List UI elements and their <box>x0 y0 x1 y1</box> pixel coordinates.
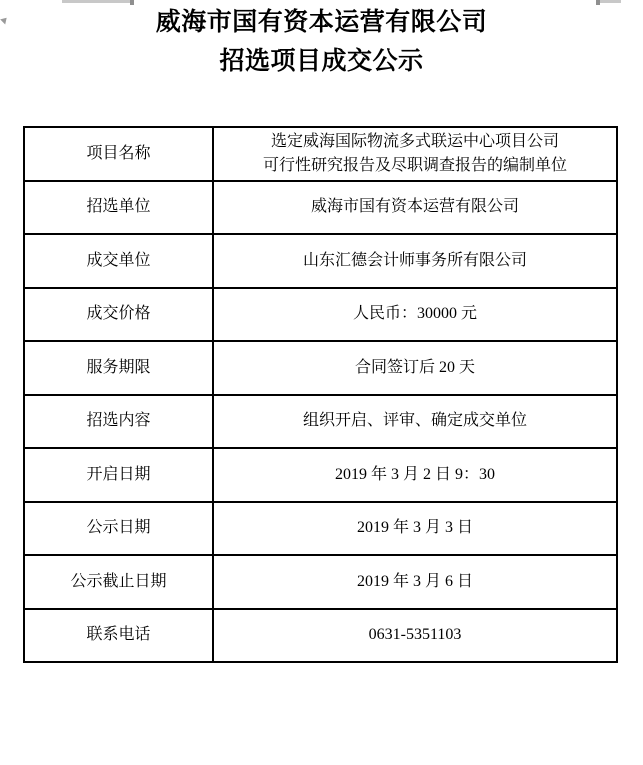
row-value: 2019 年 3 月 2 日 9：30 <box>213 448 617 502</box>
row-value: 威海市国有资本运营有限公司 <box>213 181 617 235</box>
row-value: 0631-5351103 <box>213 609 617 663</box>
row-label: 成交单位 <box>24 234 213 288</box>
row-label: 联系电话 <box>24 609 213 663</box>
row-label: 项目名称 <box>24 127 213 181</box>
row-value: 选定威海国际物流多式联运中心项目公司 可行性研究报告及尽职调查报告的编制单位 <box>213 127 617 181</box>
row-label: 公示日期 <box>24 502 213 556</box>
row-label: 招选内容 <box>24 395 213 449</box>
table-row-selecting-unit: 招选单位 威海市国有资本运营有限公司 <box>24 181 617 235</box>
table-row-selection-content: 招选内容 组织开启、评审、确定成交单位 <box>24 395 617 449</box>
table-row-project-name: 项目名称 选定威海国际物流多式联运中心项目公司 可行性研究报告及尽职调查报告的编… <box>24 127 617 181</box>
document-title-line1: 威海市国有资本运营有限公司 <box>0 3 643 42</box>
row-value: 人民币：30000 元 <box>213 288 617 342</box>
row-value: 2019 年 3 月 6 日 <box>213 555 617 609</box>
table-row-announcement-deadline: 公示截止日期 2019 年 3 月 6 日 <box>24 555 617 609</box>
table-row-service-period: 服务期限 合同签订后 20 天 <box>24 341 617 395</box>
scrollbar-fragment-left <box>62 0 134 3</box>
table-row-winning-unit: 成交单位 山东汇德会计师事务所有限公司 <box>24 234 617 288</box>
announcement-table: 项目名称 选定威海国际物流多式联运中心项目公司 可行性研究报告及尽职调查报告的编… <box>23 126 618 663</box>
table-row-opening-date: 开启日期 2019 年 3 月 2 日 9：30 <box>24 448 617 502</box>
table-row-announcement-date: 公示日期 2019 年 3 月 3 日 <box>24 502 617 556</box>
row-label: 成交价格 <box>24 288 213 342</box>
document-title: 威海市国有资本运营有限公司 招选项目成交公示 <box>0 3 643 81</box>
scrollbar-fragment-right <box>596 0 621 3</box>
row-label: 公示截止日期 <box>24 555 213 609</box>
row-value: 山东汇德会计师事务所有限公司 <box>213 234 617 288</box>
document-page: 威海市国有资本运营有限公司 招选项目成交公示 项目名称 选定威海国际物流多式联运… <box>0 0 643 765</box>
document-title-line2: 招选项目成交公示 <box>0 42 643 81</box>
table-row-contact-phone: 联系电话 0631-5351103 <box>24 609 617 663</box>
row-value: 组织开启、评审、确定成交单位 <box>213 395 617 449</box>
row-value: 合同签订后 20 天 <box>213 341 617 395</box>
row-label: 开启日期 <box>24 448 213 502</box>
table-row-transaction-price: 成交价格 人民币：30000 元 <box>24 288 617 342</box>
row-label: 招选单位 <box>24 181 213 235</box>
row-value: 2019 年 3 月 3 日 <box>213 502 617 556</box>
row-label: 服务期限 <box>24 341 213 395</box>
